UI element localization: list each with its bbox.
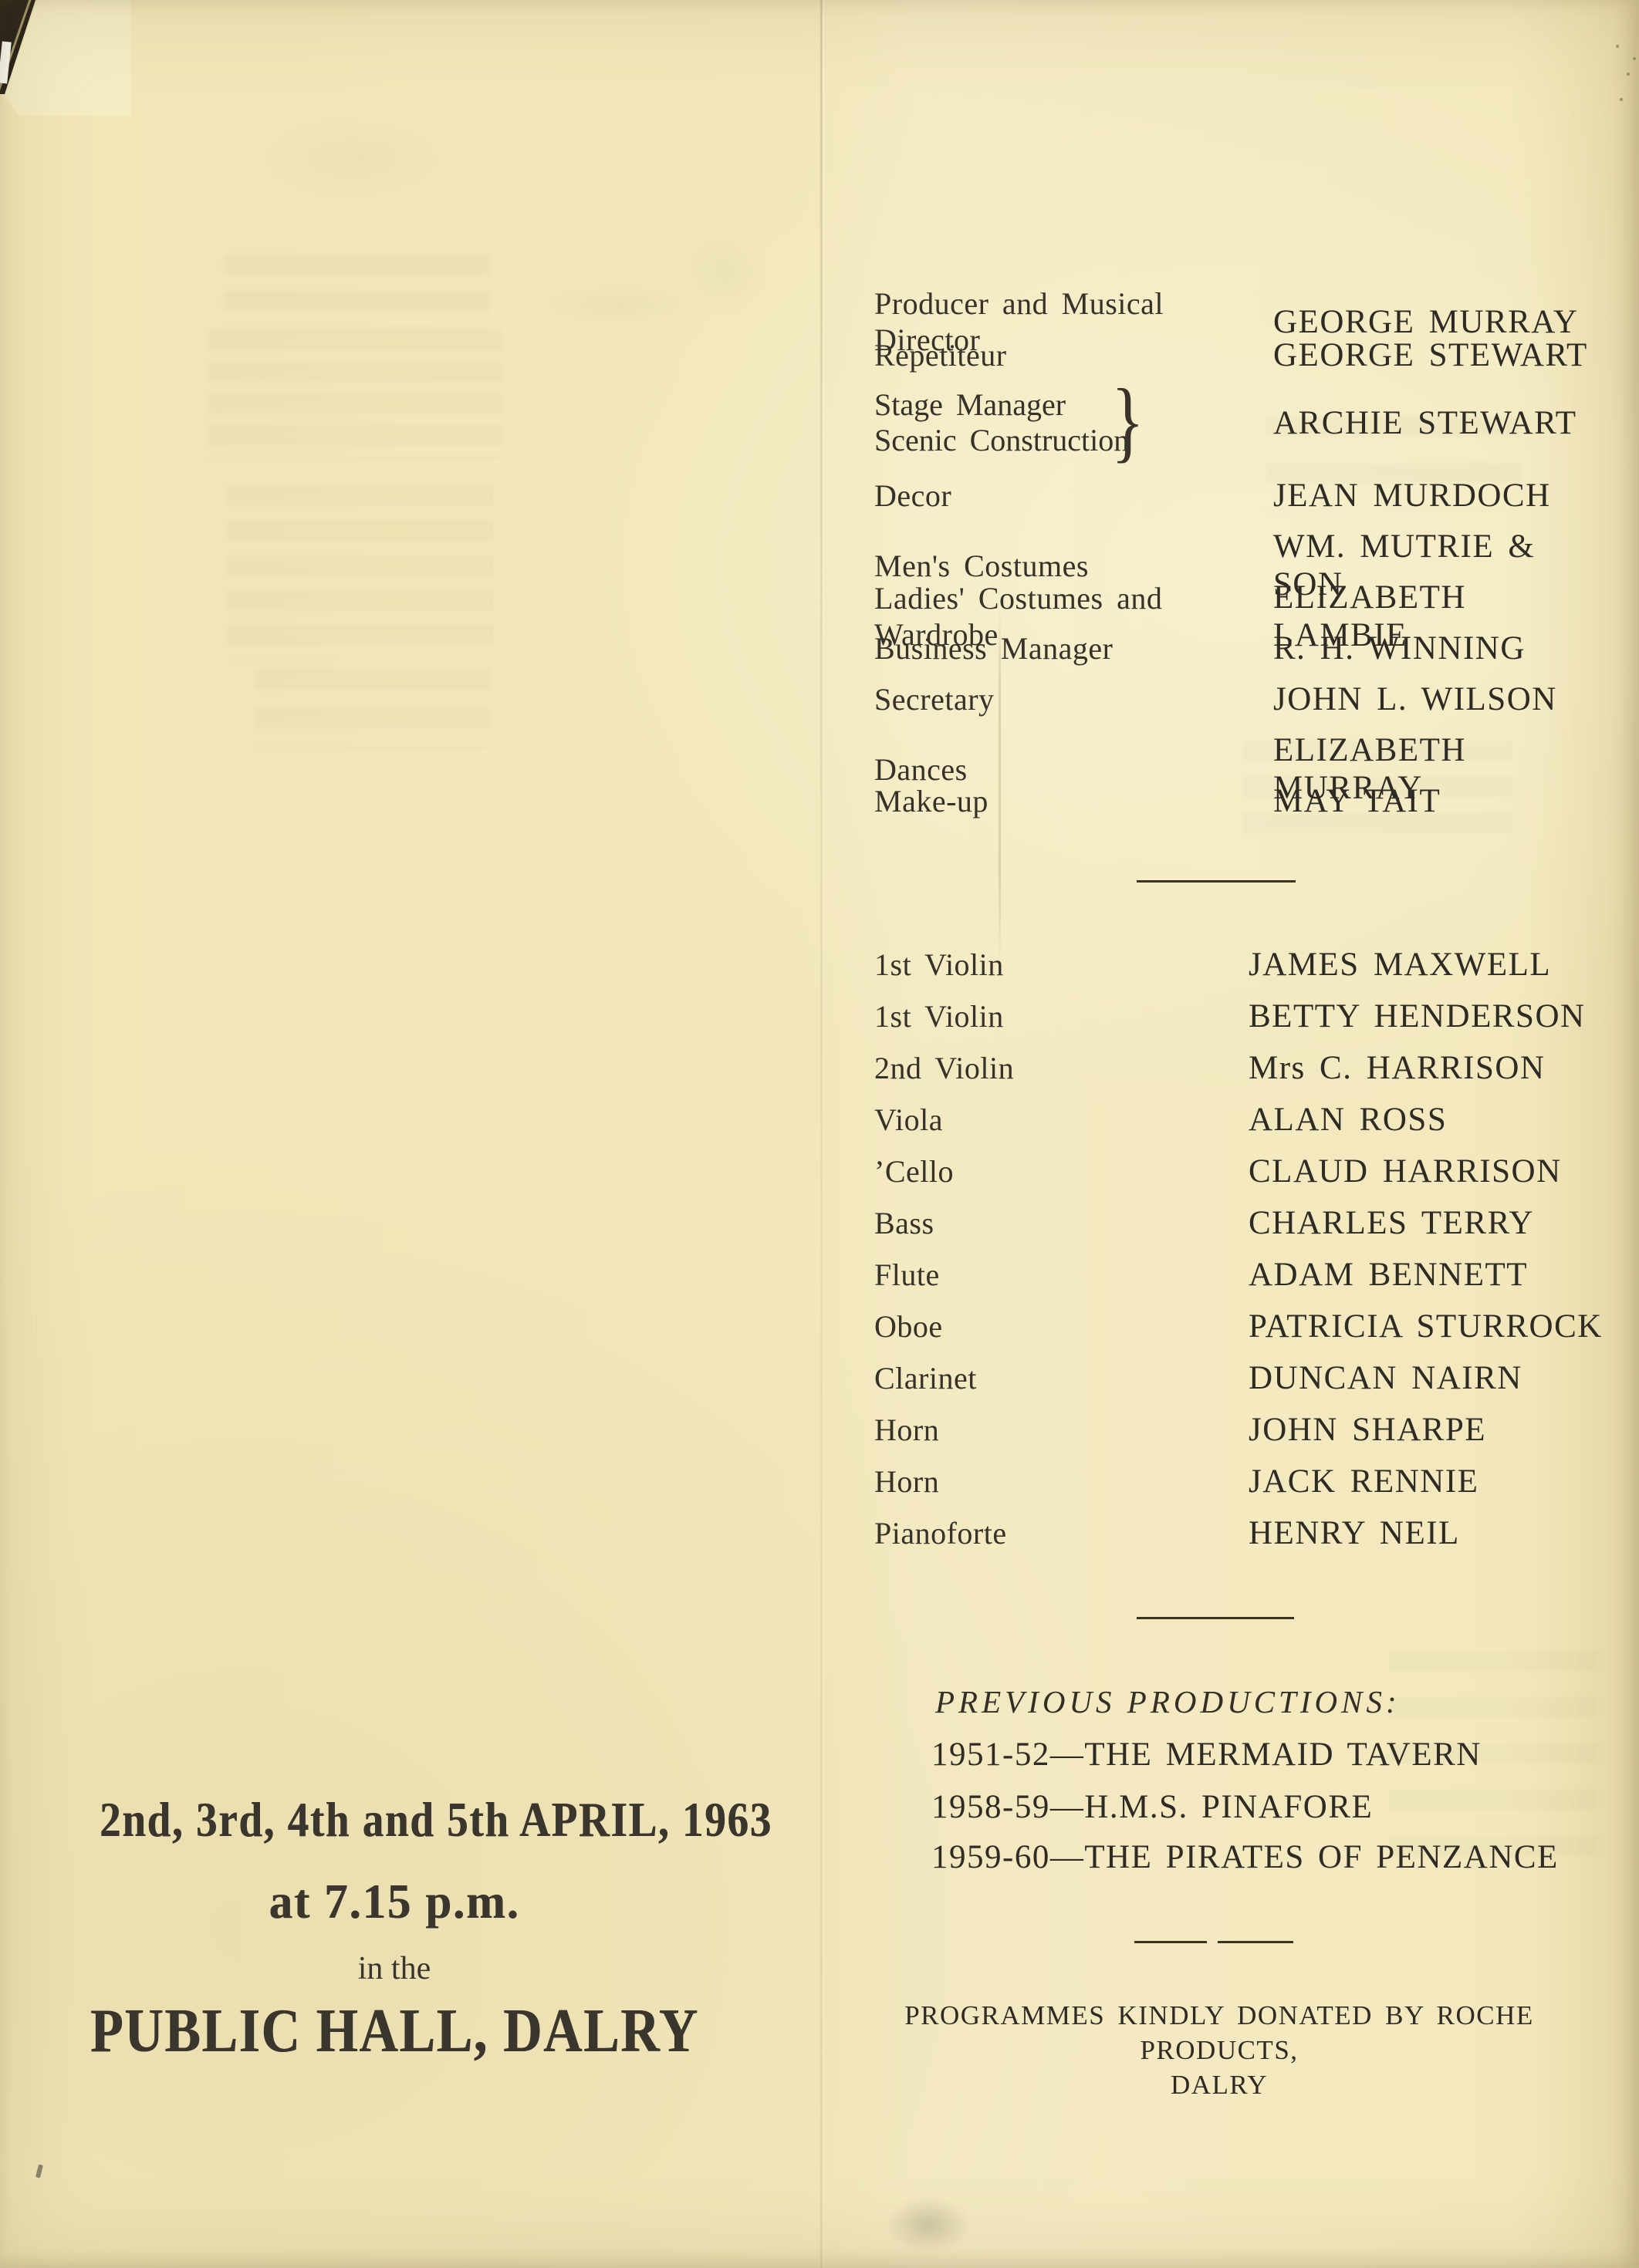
orchestra-row: ’Cello CLAUD HARRISON — [874, 1153, 1607, 1187]
orchestra-row: Oboe PATRICIA STURROCK — [874, 1308, 1607, 1342]
section-divider — [1137, 880, 1296, 883]
orchestra-row: Horn JACK RENNIE — [874, 1463, 1607, 1497]
instrument-label: Flute — [874, 1257, 1249, 1293]
role-label: Secretary — [874, 681, 1273, 717]
person-name: HENRY NEIL — [1249, 1514, 1607, 1552]
dust-speck — [1633, 57, 1636, 60]
person-name: JACK RENNIE — [1249, 1463, 1607, 1500]
person-name: DUNCAN NAIRN — [1249, 1359, 1607, 1397]
person-name: MAY TAIT — [1273, 782, 1607, 820]
person-name: ARCHIE STEWART — [1273, 404, 1607, 442]
credit-row: Decor JEAN MURDOCH — [874, 477, 1607, 511]
person-name: R. H. WINNING — [1273, 629, 1607, 667]
show-through-ghost — [228, 486, 494, 660]
instrument-label: 1st Violin — [874, 947, 1249, 983]
programme-scan-page: Producer and Musical Director GEORGE MUR… — [0, 0, 1639, 2268]
credit-row: Ladies' Costumes and Wardrobe ELIZABETH … — [874, 579, 1607, 613]
instrument-label: Oboe — [874, 1308, 1249, 1345]
role-label: Stage Manager Scenic Construction — [874, 387, 1273, 458]
role-label: Make-up — [874, 783, 1273, 819]
credit-row: Secretary JOHN L. WILSON — [874, 680, 1607, 715]
instrument-label: Viola — [874, 1102, 1249, 1138]
role-label: Business Manager — [874, 630, 1273, 667]
previous-production-item: 1959-60—THE PIRATES OF PENZANCE — [931, 1838, 1559, 1876]
previous-production-item: 1958-59—H.M.S. PINAFORE — [931, 1788, 1373, 1826]
event-time: at 7.15 p.m. — [269, 1873, 519, 1930]
instrument-label: Bass — [874, 1205, 1249, 1241]
show-through-ghost — [532, 284, 710, 324]
show-through-ghost — [678, 225, 770, 318]
event-details-block: 2nd, 3rd, 4th and 5th APRIL, 1963 at 7.1… — [45, 1791, 744, 2067]
show-through-ghost — [262, 116, 455, 201]
instrument-label: 2nd Violin — [874, 1050, 1249, 1086]
credit-row: Business Manager R. H. WINNING — [874, 629, 1607, 664]
orchestra-row: 1st Violin JAMES MAXWELL — [874, 946, 1607, 980]
section-divider — [1134, 1941, 1293, 1943]
orchestra-row: 1st Violin BETTY HENDERSON — [874, 997, 1607, 1032]
show-through-ghost — [224, 255, 490, 329]
orchestra-row: Pianoforte HENRY NEIL — [874, 1514, 1607, 1549]
person-name: CHARLES TERRY — [1249, 1204, 1607, 1242]
person-name: ADAM BENNETT — [1249, 1256, 1607, 1294]
event-venue: PUBLIC HALL, DALRY — [90, 1996, 699, 2067]
credit-row: Men's Costumes WM. MUTRIE & SON — [874, 528, 1607, 562]
dust-speck — [1620, 98, 1623, 101]
production-credits-list: Producer and Musical Director GEORGE MUR… — [874, 285, 1607, 833]
center-fold-crease — [819, 0, 825, 2268]
orchestra-row: Horn JOHN SHARPE — [874, 1411, 1607, 1446]
person-name: JOHN L. WILSON — [1273, 680, 1607, 718]
show-through-ghost — [255, 670, 490, 748]
instrument-label: Pianoforte — [874, 1515, 1249, 1551]
donor-note-line2: DALRY — [880, 2067, 1559, 2102]
person-name: PATRICIA STURROCK — [1249, 1308, 1607, 1345]
credit-row-stage-manager: Stage Manager Scenic Construction } ARCH… — [874, 387, 1607, 458]
programme-donor-note: PROGRAMMES KINDLY DONATED BY ROCHE PRODU… — [880, 1998, 1559, 2102]
previous-production-item: 1951-52—THE MERMAID TAVERN — [931, 1736, 1482, 1774]
person-name: BETTY HENDERSON — [1249, 997, 1607, 1035]
orchestra-row: Bass CHARLES TERRY — [874, 1204, 1607, 1239]
role-label: Dances — [874, 751, 1273, 788]
credit-row: Repetiteur GEORGE STEWART — [874, 336, 1607, 371]
previous-productions-heading: PREVIOUS PRODUCTIONS: — [935, 1683, 1401, 1720]
role-label: Men's Costumes — [874, 548, 1273, 584]
instrument-label: ’Cello — [874, 1153, 1249, 1190]
pencil-smudge — [886, 2197, 971, 2253]
dust-speck — [1616, 45, 1619, 48]
person-name: Mrs C. HARRISON — [1249, 1049, 1607, 1087]
orchestra-row: 2nd Violin Mrs C. HARRISON — [874, 1049, 1607, 1084]
person-name: ALAN ROSS — [1249, 1101, 1607, 1139]
credit-row: Producer and Musical Director GEORGE MUR… — [874, 285, 1607, 320]
instrument-label: Clarinet — [874, 1360, 1249, 1396]
instrument-label: Horn — [874, 1463, 1249, 1500]
orchestra-row: Viola ALAN ROSS — [874, 1101, 1607, 1136]
instrument-label: Horn — [874, 1412, 1249, 1448]
instrument-label: 1st Violin — [874, 998, 1249, 1034]
dust-speck — [1627, 73, 1630, 76]
credit-row: Dances ELIZABETH MURRAY — [874, 731, 1607, 766]
section-divider — [1137, 1617, 1294, 1619]
stray-ink-mark — [35, 2165, 43, 2179]
person-name: JAMES MAXWELL — [1249, 946, 1607, 984]
orchestra-row: Clarinet DUNCAN NAIRN — [874, 1359, 1607, 1394]
person-name: GEORGE STEWART — [1273, 336, 1607, 374]
credit-row: Make-up MAY TAIT — [874, 782, 1607, 817]
orchestra-list: 1st Violin JAMES MAXWELL 1st Violin BETT… — [874, 946, 1607, 1566]
event-preposition: in the — [45, 1950, 744, 1987]
person-name: CLAUD HARRISON — [1249, 1153, 1607, 1190]
person-name: GEORGE MURRAY — [1273, 303, 1607, 341]
show-through-ghost — [208, 330, 502, 458]
role-label: Decor — [874, 478, 1273, 514]
orchestra-row: Flute ADAM BENNETT — [874, 1256, 1607, 1291]
donor-note-line1: PROGRAMMES KINDLY DONATED BY ROCHE PRODU… — [880, 1998, 1559, 2067]
role-label: Repetiteur — [874, 337, 1273, 373]
person-name: JEAN MURDOCH — [1273, 477, 1607, 515]
brace-glyph: } — [1111, 368, 1144, 473]
person-name: JOHN SHARPE — [1249, 1411, 1607, 1449]
event-dates: 2nd, 3rd, 4th and 5th APRIL, 1963 — [100, 1791, 772, 1848]
